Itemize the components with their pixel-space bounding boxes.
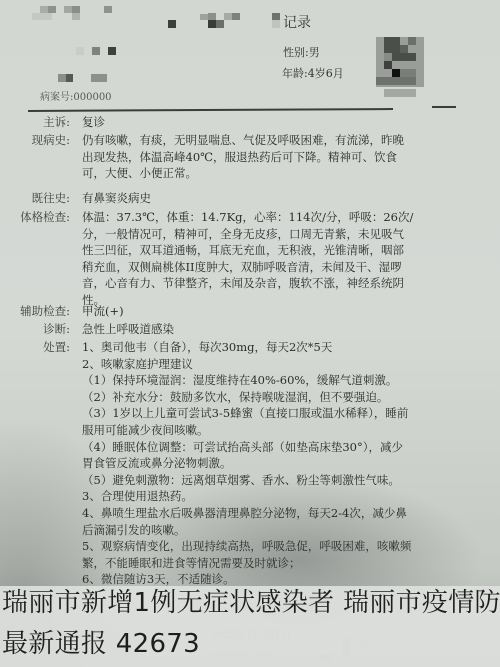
redacted-patient-name xyxy=(70,47,130,59)
diagnosis-label: 诊断: xyxy=(0,322,70,336)
auxiliary-exam-label: 辅助检查: xyxy=(0,304,70,318)
present-illness-label: 现病史: xyxy=(0,133,70,147)
past-history-value: 有鼻窦炎病史 xyxy=(82,190,427,207)
chief-complaint-value: 复诊 xyxy=(82,114,427,131)
caption-line-2: 最新通报 42673 xyxy=(2,629,200,659)
redacted-hospital-name xyxy=(30,4,140,22)
chief-complaint-label: 主诉: xyxy=(0,115,70,129)
header-divider xyxy=(28,108,393,111)
physical-exam-value: 体温：37.3℃，体重：14.7Kg，心率：114次/分，呼吸：26次/ 分，一… xyxy=(82,209,427,308)
headline-caption: 瑞丽市新增1例无症状感染者 瑞丽市疫情防控 最新通报 42673 xyxy=(0,586,500,667)
caption-line-1: 瑞丽市新增1例无症状感染者 瑞丽市疫情防控 xyxy=(2,588,500,618)
diagnosis-value: 急性上呼吸道感染 xyxy=(82,321,427,338)
auxiliary-exam-value: 甲流(+) xyxy=(82,303,427,320)
redacted-qr-code xyxy=(376,37,426,101)
past-history-label: 既往史: xyxy=(0,191,70,205)
present-illness-value: 仍有咳嗽，有痰，无明显喘息、气促及呼吸困难，有流涕，昨晚 出现发热，体温高峰40… xyxy=(82,132,427,182)
redacted-patient-id xyxy=(55,72,115,84)
gender-field: 性别:男 xyxy=(283,46,320,60)
medical-record-photo: 记录 性别:男 年龄:4岁6月 病案号:000000 主诉: 复诊 现病史: 仍… xyxy=(0,0,500,667)
redacted-title xyxy=(165,10,285,32)
header-divider-right xyxy=(432,106,456,108)
record-number: 病案号:000000 xyxy=(40,91,112,105)
physical-exam-label: 体格检查: xyxy=(0,210,70,224)
document-title: 记录 xyxy=(283,15,311,31)
treatment-label: 处置: xyxy=(0,340,70,354)
treatment-value: 1、奥司他韦（自备），每次30mg，每天2次*5天 2、咳嗽家庭护理建议 （1）… xyxy=(82,339,427,588)
age-field: 年龄:4岁6月 xyxy=(282,67,344,81)
